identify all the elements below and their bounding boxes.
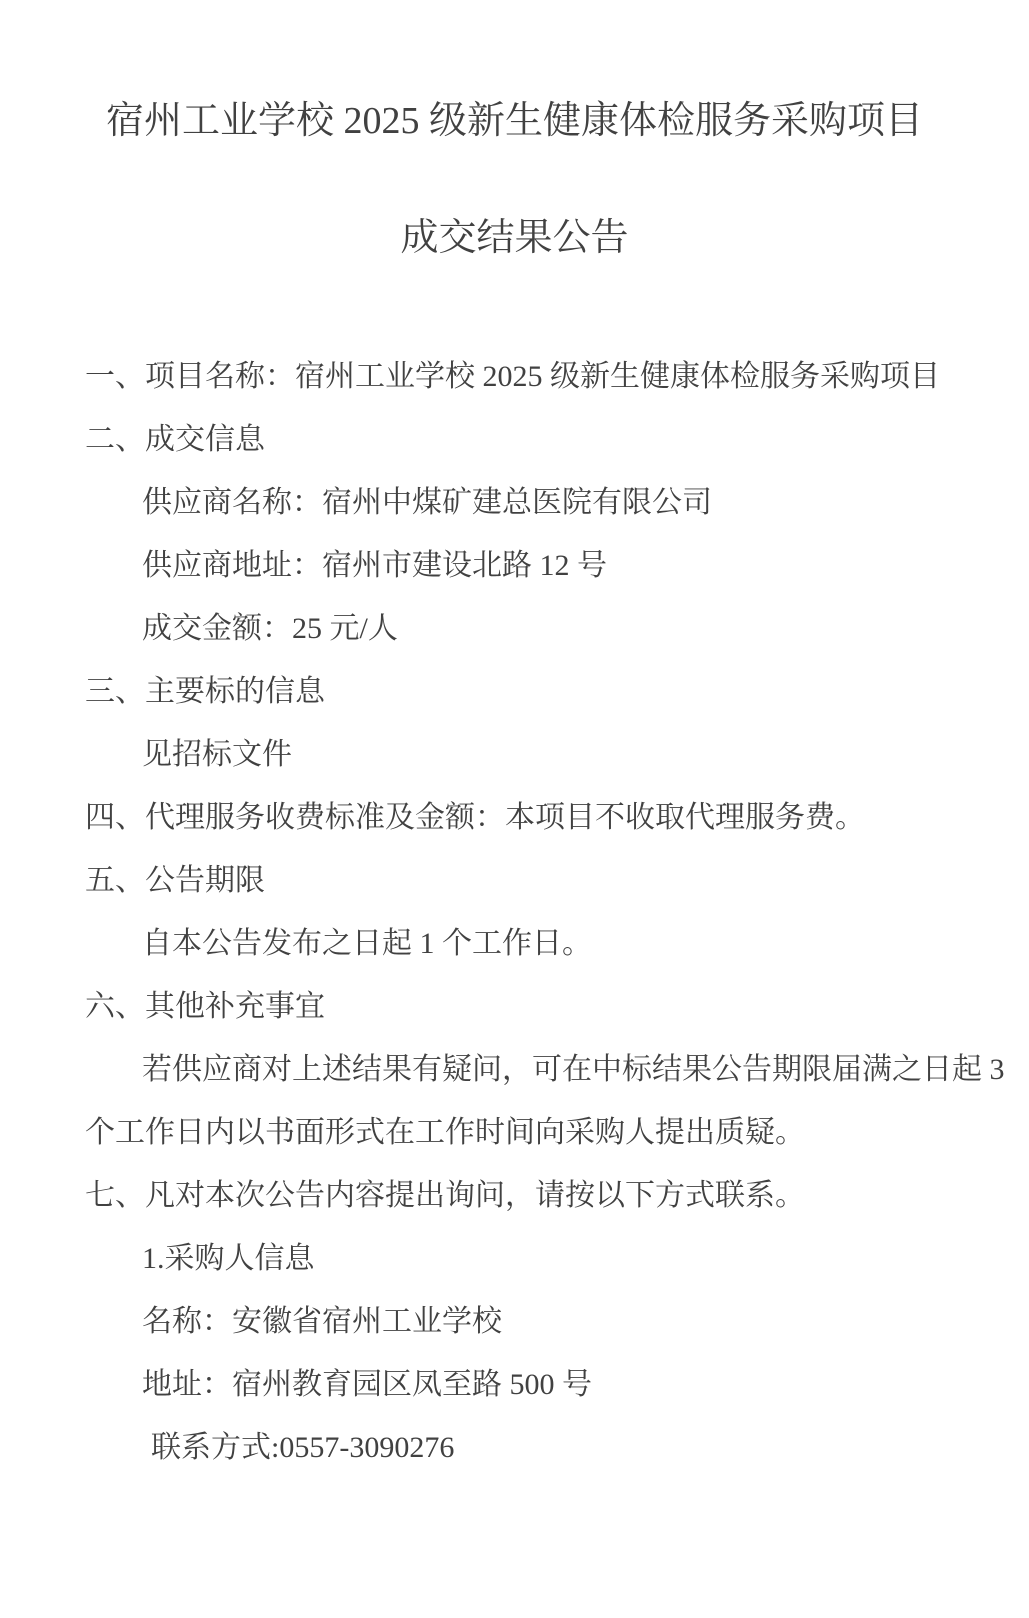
subject-info-content: 见招标文件 <box>85 723 939 786</box>
supplier-name: 供应商名称：宿州中煤矿建总医院有限公司 <box>85 471 939 534</box>
section-subject-info-heading: 三、主要标的信息 <box>85 660 939 723</box>
purchaser-address: 地址：宿州教育园区凤至路 500 号 <box>85 1353 939 1416</box>
other-matters-text-line1: 若供应商对上述结果有疑问，可在中标结果公告期限届满之日起 3 <box>85 1038 939 1101</box>
section-agency-fee: 四、代理服务收费标准及金额：本项目不收取代理服务费。 <box>85 786 939 849</box>
purchaser-name: 名称：安徽省宿州工业学校 <box>85 1290 939 1353</box>
purchaser-phone: 联系方式:0557-3090276 <box>85 1416 939 1479</box>
section-project-name: 一、项目名称：宿州工业学校 2025 级新生健康体检服务采购项目 <box>85 345 939 408</box>
section-other-matters-heading: 六、其他补充事宜 <box>85 975 939 1038</box>
deal-amount: 成交金额：25 元/人 <box>85 597 939 660</box>
purchaser-info-heading: 1.采购人信息 <box>85 1227 939 1290</box>
document-title: 宿州工业学校 2025 级新生健康体检服务采购项目 <box>0 0 1029 147</box>
section-contact-heading: 七、凡对本次公告内容提出询问，请按以下方式联系。 <box>85 1164 939 1227</box>
section-deal-info-heading: 二、成交信息 <box>85 408 939 471</box>
other-matters-text-line2: 个工作日内以书面形式在工作时间向采购人提出质疑。 <box>85 1101 939 1164</box>
announcement-document-page: 宿州工业学校 2025 级新生健康体检服务采购项目 成交结果公告 一、项目名称：… <box>0 0 1029 1618</box>
document-body: 一、项目名称：宿州工业学校 2025 级新生健康体检服务采购项目 二、成交信息 … <box>0 345 1029 1479</box>
announcement-period-content: 自本公告发布之日起 1 个工作日。 <box>85 912 939 975</box>
document-subtitle: 成交结果公告 <box>0 213 1029 264</box>
section-announcement-period-heading: 五、公告期限 <box>85 849 939 912</box>
supplier-address: 供应商地址：宿州市建设北路 12 号 <box>85 534 939 597</box>
